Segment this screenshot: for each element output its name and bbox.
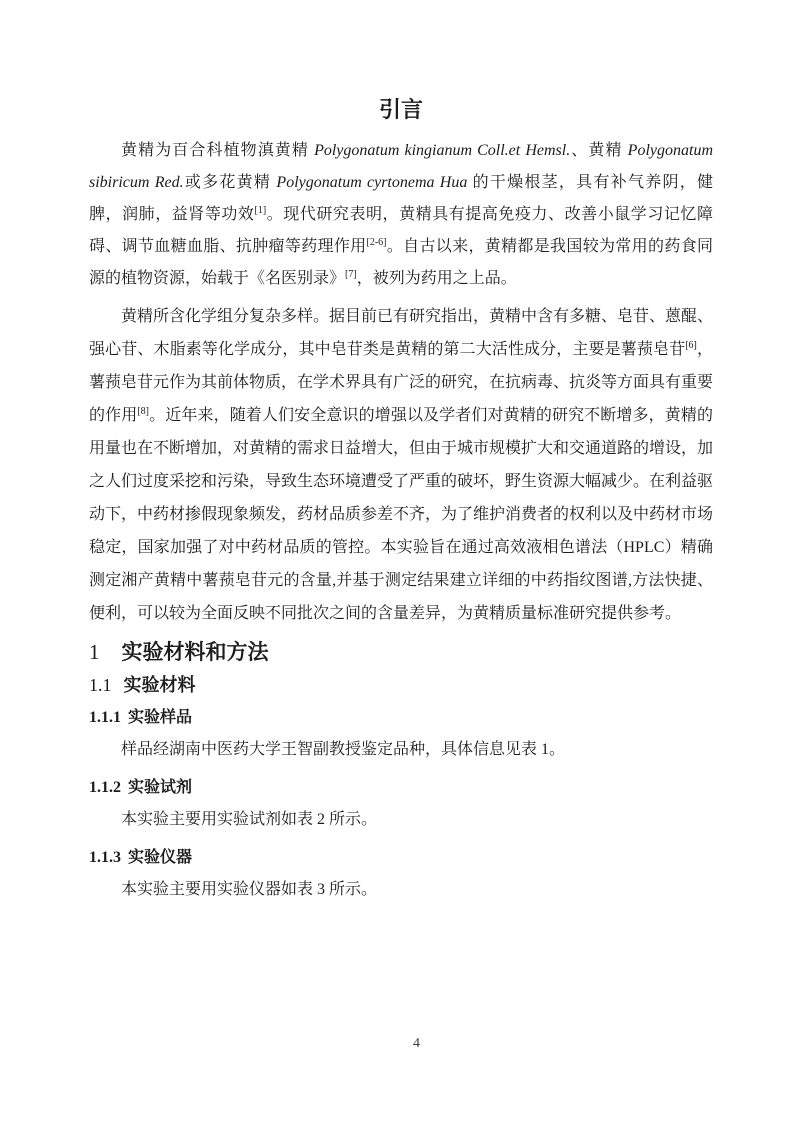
intro-paragraph-2: 黄精所含化学组分复杂多样。据目前已有研究指出，黄精中含有多糖、皂苷、蒽醌、强心苷… [89,300,713,630]
heading-number: 1.1.2 [89,779,121,796]
citation-marker: [6] [685,340,697,351]
section-heading-1-1: 1.1实验材料 [89,674,713,696]
section-body-1-1-2: 本实验主要用实验试剂如表 2 所示。 [89,804,713,836]
document-page: 引言 黄精为百合科植物滇黄精 Polygonatum kingianum Col… [0,0,793,1122]
heading-number: 1 [89,640,100,664]
section-body-1-1-3: 本实验主要用实验仪器如表 3 所示。 [89,874,713,906]
heading-label: 实验试剂 [128,779,192,796]
section-heading-1-1-1: 1.1.1实验样品 [89,708,713,728]
text-run: 黄精所含化学组分复杂多样。据目前已有研究指出，黄精中含有多糖、皂苷、蒽醌、强心苷… [89,308,713,358]
section-body-1-1-1: 样品经湖南中医药大学王智副教授鉴定品种，具体信息见表 1。 [89,734,713,766]
heading-label: 实验材料和方法 [122,641,269,664]
page-number: 4 [413,1036,420,1052]
heading-label: 实验仪器 [128,849,192,866]
section-heading-1-1-3: 1.1.3实验仪器 [89,848,713,868]
heading-label: 实验材料 [124,675,196,695]
heading-number: 1.1.3 [89,849,121,866]
citation-marker: [2-6] [367,237,387,248]
latin-species-name: Polygonatum kingianum Coll.et Hemsl. [314,142,570,159]
intro-paragraph-1: 黄精为百合科植物滇黄精 Polygonatum kingianum Coll.e… [89,135,713,295]
heading-number: 1.1 [89,675,112,695]
latin-species-name: Polygonatum cyrtonema Hua [276,174,467,191]
citation-marker: [1] [255,205,267,216]
page-content: 引言 黄精为百合科植物滇黄精 Polygonatum kingianum Col… [0,0,793,906]
text-run: 、黄精 [570,142,627,159]
text-run: ，被列为药用之上品。 [357,270,517,287]
text-run: 。近年来，随着人们安全意识的增强以及学者们对黄精的研究不断增多，黄精的用量也在不… [89,407,713,622]
citation-marker: [8] [137,406,149,417]
heading-number: 1.1.1 [89,709,121,726]
chapter-title: 引言 [89,0,713,123]
text-run: 或多花黄精 [184,174,277,191]
heading-label: 实验样品 [128,709,192,726]
text-run: 黄精为百合科植物滇黄精 [121,142,314,159]
citation-marker: [7] [345,269,357,280]
section-heading-1: 1实验材料和方法 [89,639,713,666]
section-heading-1-1-2: 1.1.2实验试剂 [89,778,713,798]
